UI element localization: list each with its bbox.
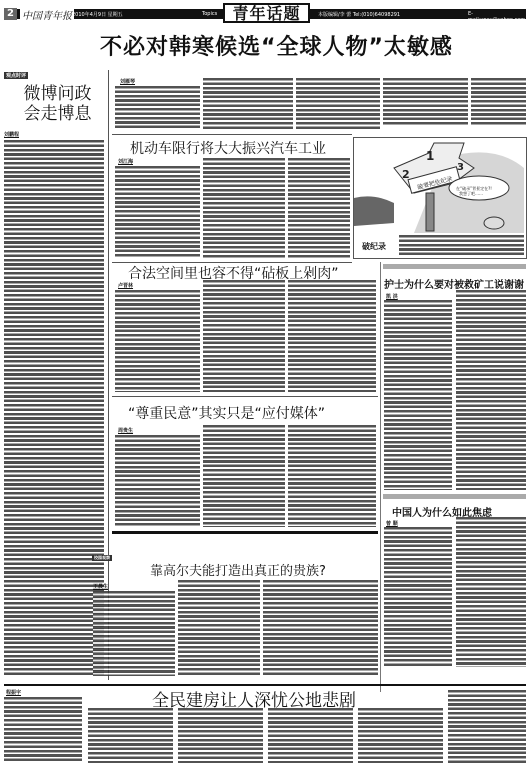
- housing-text-col4: [268, 708, 353, 763]
- anxiety-text-col1: [384, 527, 452, 667]
- car-text-col1: [115, 166, 200, 258]
- housing-text-col2: [88, 708, 173, 763]
- media-text-col1: [115, 435, 200, 527]
- divider: [112, 134, 352, 135]
- page-number: 2: [4, 8, 17, 20]
- left-headline-line2: 会走博息: [10, 104, 105, 124]
- anxiety-text-col2: [456, 517, 526, 667]
- meat-byline: 卢晋林: [118, 282, 133, 289]
- divider: [108, 70, 109, 680]
- left-headline-line1: 微博问政: [10, 84, 105, 104]
- golf-text-col2: [178, 580, 260, 676]
- email-link[interactable]: E-mail:ypxu@yahoo.com.cn: [468, 11, 530, 23]
- meat-text-col3: [288, 280, 376, 392]
- media-headline: “尊重民意”其实只是“应付媒体”: [128, 403, 325, 423]
- nurse-byline: 凯 洪: [386, 293, 398, 300]
- media-text-col2: [203, 425, 285, 527]
- car-text-col2: [203, 158, 285, 258]
- left-kicker: 观点时评: [4, 72, 28, 79]
- editor-line: 本版编辑/李 蕾 Tel:(010)64098291: [318, 11, 400, 18]
- car-text-col3: [288, 158, 350, 258]
- housing-text-col5: [358, 708, 443, 763]
- left-headline: 微博问政 会走博息: [10, 84, 105, 124]
- svg-text:我想了吧……: 我想了吧……: [459, 190, 483, 196]
- housing-text-col3: [178, 708, 263, 763]
- divider: [380, 262, 381, 692]
- cartoon-caption-title: 破纪录: [362, 241, 386, 252]
- lead-text-col3: [296, 78, 380, 130]
- housing-text-col1: [4, 697, 82, 763]
- housing-text-col6: [448, 690, 526, 763]
- lead-byline: 刘雁琴: [120, 78, 135, 85]
- lead-text-col4: [383, 78, 468, 126]
- nurse-headline: 护士为什么要对被救矿工说谢谢: [384, 276, 524, 291]
- left-byline: 刘鹏程: [4, 131, 19, 138]
- section-title: 青年话题: [223, 3, 310, 23]
- golf-headline: 靠高尔夫能打造出真正的贵族?: [150, 560, 326, 579]
- meat-text-col1: [115, 290, 200, 392]
- divider: [383, 494, 526, 499]
- car-byline: 刘江海: [118, 158, 133, 165]
- paper-logo: 中国青年报: [20, 7, 74, 22]
- car-headline: 机动车限行将大大振兴汽车工业: [130, 138, 326, 158]
- divider: [112, 396, 378, 397]
- date-line: 2010年4月9日 星期五: [72, 11, 123, 18]
- cartoon-illustration-icon: 破要把危纪录 1 2 3 在“破录”背景定在?! 我想了吧……: [354, 138, 527, 233]
- cartoon-frame: 破要把危纪录 1 2 3 在“破录”背景定在?! 我想了吧…… 破纪录: [353, 137, 527, 259]
- golf-text-col3: [263, 580, 378, 676]
- lead-text-col5: [471, 78, 526, 126]
- golf-byline: 王晨生: [93, 583, 108, 590]
- nurse-text-col2: [456, 290, 526, 490]
- lead-text-col1: [115, 86, 200, 130]
- nurse-text-col1: [384, 300, 452, 490]
- svg-text:3: 3: [457, 162, 464, 173]
- divider: [112, 531, 378, 534]
- housing-byline: 程振宇: [6, 689, 21, 696]
- lead-text-col2: [203, 78, 293, 130]
- meat-text-col2: [203, 280, 285, 392]
- svg-text:1: 1: [426, 149, 434, 163]
- media-byline: 周贵生: [118, 427, 133, 434]
- golf-text-col1: [93, 591, 175, 676]
- anxiety-byline: 曾 顺: [386, 520, 398, 527]
- lead-headline: 不必对韩寒候选“全球人物”太敏感: [100, 30, 530, 61]
- topics-label: Topics: [202, 11, 217, 17]
- media-text-col3: [288, 425, 376, 527]
- cartoon-caption-text: [399, 235, 524, 257]
- golf-kicker: 校园观察: [92, 555, 112, 561]
- left-column-text: [4, 140, 104, 676]
- svg-text:2: 2: [402, 168, 410, 181]
- divider: [383, 264, 526, 269]
